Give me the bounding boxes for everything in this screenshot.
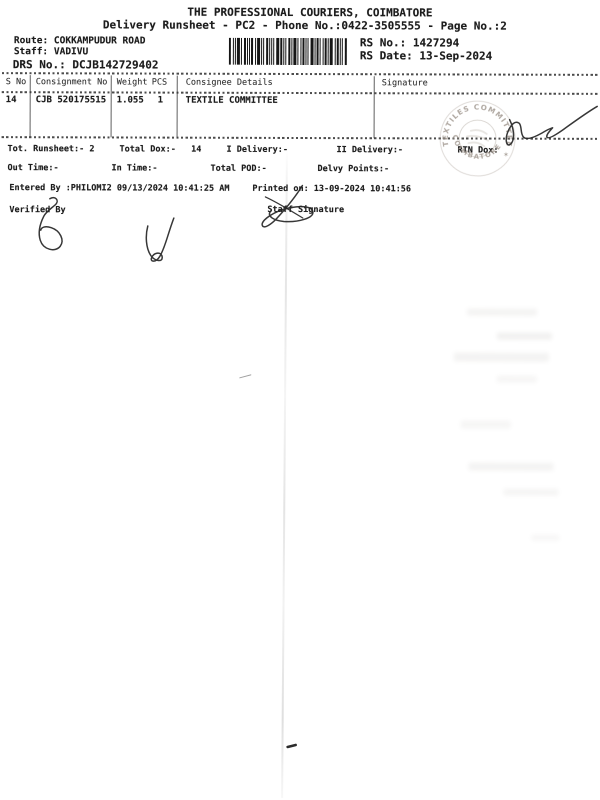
delvy-points: Delvy Points:- xyxy=(317,165,389,175)
out-time: Out Time:- xyxy=(7,164,58,174)
total-dox: Total Dox:- 14 xyxy=(120,145,202,155)
rs-date-value: 13-Sep-2024 xyxy=(419,49,492,62)
bleedthrough-smudge xyxy=(497,376,537,383)
bleedthrough-smudge xyxy=(467,309,537,316)
textile-committee-stamp: TEXTILES COMMITTEE ✶ COIMBATORE xyxy=(425,86,531,192)
drs-value: DCJB142729402 xyxy=(72,58,158,71)
stamp-inner-mark xyxy=(468,141,484,146)
cell-consignment: CJB 520175515 xyxy=(36,96,106,106)
stamp-arc-bottom-text: COIMBATORE xyxy=(447,133,504,166)
col-header-consignment: Consignment No xyxy=(36,78,108,88)
column-rule-3 xyxy=(177,76,178,138)
ink-speck xyxy=(240,375,251,378)
svg-text:TEXTILES COMMITTEE ✶: TEXTILES COMMITTEE ✶ xyxy=(438,96,520,161)
cell-weight: 1.055 xyxy=(117,96,144,106)
rs-no-line: RS No.: 1427294 xyxy=(360,37,459,49)
drs-label: DRS No.: xyxy=(13,58,66,71)
divider-top xyxy=(2,72,598,76)
col-header-weight: Weight xyxy=(117,78,148,87)
stamp-inner-mark xyxy=(467,134,489,140)
cell-consignee: TEXTILE COMMITTEE xyxy=(186,97,278,107)
bleedthrough-smudge xyxy=(531,535,559,541)
bleedthrough-smudge xyxy=(503,489,558,496)
route-label: Route: xyxy=(14,35,48,46)
bleedthrough-smudge xyxy=(497,333,552,340)
printed-on: Printed on: 13-09-2024 10:41:56 xyxy=(252,185,411,195)
col-header-pcs: PCS xyxy=(152,79,167,88)
ink-speck xyxy=(288,745,296,747)
bleedthrough-smudge xyxy=(469,463,554,471)
runsheet-subtitle: Delivery Runsheet - PC2 - Phone No.:0422… xyxy=(103,19,507,32)
drs-line: DRS No.: DCJB142729402 xyxy=(13,59,159,72)
rs-date-label: RS Date: xyxy=(360,49,413,62)
i-delivery: I Delivery:- xyxy=(227,146,288,156)
rs-date-line: RS Date: 13-Sep-2024 xyxy=(360,50,493,63)
cell-sno: 14 xyxy=(6,96,17,106)
col-header-consignee: Consignee Details xyxy=(186,79,273,89)
bleedthrough-smudge xyxy=(461,421,511,429)
col-header-signature: Signature xyxy=(382,79,428,88)
barcode xyxy=(229,38,348,65)
courier-signature xyxy=(146,218,174,261)
route-value: COKKAMPUDUR ROAD xyxy=(54,35,146,46)
svg-text:COIMBATORE: COIMBATORE xyxy=(447,133,504,166)
cell-pcs: 1 xyxy=(158,97,163,107)
column-rule-2 xyxy=(111,75,112,137)
entered-by: Entered By :PHILOMI2 09/13/2024 10:41:25… xyxy=(9,184,229,194)
total-pod: Total POD:- xyxy=(210,165,266,175)
column-rule-4 xyxy=(374,76,375,138)
stamp-arc-top-text: TEXTILES COMMITTEE ✶ xyxy=(438,96,520,161)
rs-no-label: RS No.: xyxy=(360,36,406,49)
tot-runsheet: Tot. Runsheet:- 2 xyxy=(8,145,95,155)
company-title: THE PROFESSIONAL COURIERS, COIMBATORE xyxy=(0,6,600,20)
col-header-sno: S No xyxy=(6,78,27,87)
bleedthrough-smudge xyxy=(454,352,549,361)
staff-value: VADIVU xyxy=(54,46,88,57)
in-time: In Time:- xyxy=(111,164,157,173)
staff-signature-label: Staff Signature xyxy=(267,206,344,216)
stamp-inner-mark xyxy=(471,129,487,134)
divider-under-header xyxy=(2,91,598,95)
scanned-page: THE PROFESSIONAL COURIERS, COIMBATORE De… xyxy=(0,0,600,800)
staff-line: Staff: VADIVU xyxy=(14,47,88,58)
staff-label: Staff: xyxy=(14,46,48,57)
ii-delivery: II Delivery:- xyxy=(337,146,404,156)
runsheet-document: THE PROFESSIONAL COURIERS, COIMBATORE De… xyxy=(0,0,600,800)
column-rule-1 xyxy=(30,75,31,137)
rs-no-value: 1427294 xyxy=(413,36,459,49)
verified-by-label: Verified By xyxy=(9,206,65,216)
paper-fold-crease xyxy=(281,150,288,798)
barcode-bars xyxy=(229,38,348,65)
